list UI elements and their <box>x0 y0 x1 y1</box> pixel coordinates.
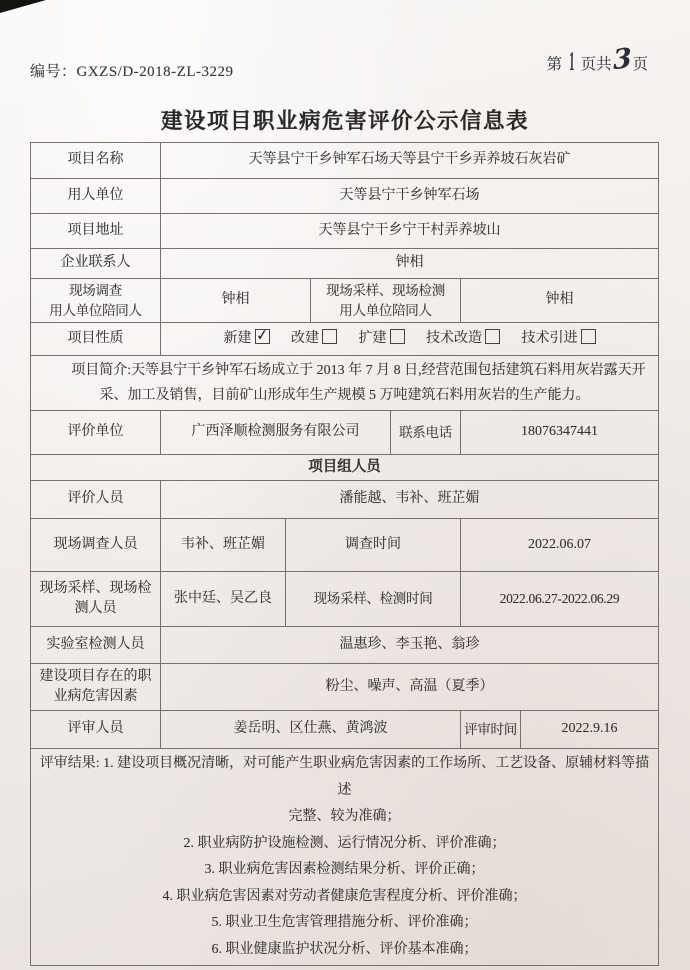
escort-value: 钟相 <box>161 279 311 323</box>
review-result-line: 4. 职业病危害因素对劳动者健康危害程度分析、评价准确； <box>36 884 653 911</box>
review-result-line: 5. 职业卫生危害管理措施分析、评价准确； <box>36 910 653 937</box>
checkbox-icon: ✓ <box>581 329 596 344</box>
checkbox-icon: ✓ <box>390 329 405 344</box>
review-time-value: 2022.9.16 <box>521 711 659 749</box>
sampling-value: 张中廷、吴乙良 <box>161 572 286 627</box>
page-prefix: 第 <box>547 52 563 74</box>
page-suffix: 页 <box>632 52 648 74</box>
sampling-escort-value: 钟相 <box>461 279 659 323</box>
sampling-time-label: 现场采样、检测时间 <box>286 572 461 627</box>
row-team-header: 项目组人员 <box>31 455 659 481</box>
review-panel-value: 姜岳明、区仕燕、黄鸿波 <box>161 711 461 749</box>
row-escort: 现场调查 用人单位陪同人 钟相 现场采样、现场检测 用人单位陪同人 钟相 <box>31 279 659 323</box>
survey-value: 韦补、班芷媚 <box>161 519 286 572</box>
phone-value: 18076347441 <box>461 411 659 455</box>
nature-option-tech-import: 技术引进✓ <box>522 331 596 346</box>
project-intro: 项目简介:天等县宁干乡钟军石场成立于 2013 年 7 月 8 日,经营范围包括… <box>31 356 659 411</box>
row-appraisers: 评价人员 潘能越、韦补、班芷媚 <box>31 481 659 519</box>
lab-label: 实验室检测人员 <box>31 627 161 664</box>
page-indicator: 第 1 页共 3 页 <box>547 50 648 76</box>
review-result-line: 评审结果: 1. 建设项目概况清晰，对可能产生职业病危害因素的工作场所、工艺设备… <box>36 751 653 804</box>
review-result-line: 2. 职业病防护设施检测、运行情况分析、评价准确； <box>36 831 653 858</box>
row-review-results: 评审结果: 1. 建设项目概况清晰，对可能产生职业病危害因素的工作场所、工艺设备… <box>31 749 659 966</box>
checkbox-icon: ✓ <box>322 329 337 344</box>
row-review-panel: 评审人员 姜岳明、区仕燕、黄鸿波 评审时间 2022.9.16 <box>31 711 659 749</box>
row-survey: 现场调查人员 韦补、班芷媚 调查时间 2022.06.07 <box>31 519 659 572</box>
scanned-page: 编号：GXZS/D-2018-ZL-3229 第 1 页共 3 页 建设项目职业… <box>0 0 690 970</box>
employer-value: 天等县宁干乡钟军石场 <box>161 179 659 214</box>
address-label: 项目地址 <box>31 214 161 249</box>
project-name-value: 天等县宁干乡钟军石场天等县宁干乡弄养坡石灰岩矿 <box>161 143 659 179</box>
nature-option-expand: 扩建✓ <box>359 331 405 346</box>
appraisers-value: 潘能越、韦补、班芷媚 <box>161 481 659 519</box>
row-sampling: 现场采样、现场检 测人员 张中廷、吴乙良 现场采样、检测时间 2022.06.2… <box>31 572 659 627</box>
check-mark-icon: ✓ <box>254 324 269 347</box>
survey-time-value: 2022.06.07 <box>461 519 659 572</box>
nature-option-new: 新建✓ <box>224 331 270 346</box>
info-table: 项目名称 天等县宁干乡钟军石场天等县宁干乡弄养坡石灰岩矿 用人单位 天等县宁干乡… <box>30 142 659 966</box>
sampling-time-value: 2022.06.27-2022.06.29 <box>461 572 659 627</box>
doc-number-label: 编号： <box>30 64 77 80</box>
hazards-value: 粉尘、噪声、高温（夏季） <box>161 664 659 711</box>
nature-option-tech-upgrade: 技术改造✓ <box>426 331 500 346</box>
employer-label: 用人单位 <box>31 179 161 214</box>
phone-label: 联系电话 <box>391 411 461 455</box>
sampling-label: 现场采样、现场检 测人员 <box>31 572 161 627</box>
row-hazards: 建设项目存在的职 业病危害因素 粉尘、噪声、高温（夏季） <box>31 664 659 711</box>
project-nature-options: 新建✓ 改建✓ 扩建✓ 技术改造✓ 技术引进✓ <box>161 323 659 356</box>
checkbox-checked-icon: ✓ <box>255 329 270 344</box>
escort-label: 现场调查 用人单位陪同人 <box>31 279 161 323</box>
survey-label: 现场调查人员 <box>31 519 161 572</box>
row-address: 项目地址 天等县宁干乡宁干村弄养坡山 <box>31 214 659 249</box>
row-evaluator: 评价单位 广西泽顺检测服务有限公司 联系电话 18076347441 <box>31 411 659 455</box>
project-intro-text: 项目简介:天等县宁干乡钟军石场成立于 2013 年 7 月 8 日,经营范围包括… <box>36 358 653 408</box>
review-result-line: 6. 职业健康监护状况分析、评价基本准确； <box>36 937 653 964</box>
row-project-intro: 项目简介:天等县宁干乡钟军石场成立于 2013 年 7 月 8 日,经营范围包括… <box>31 356 659 411</box>
page-middle: 页共 <box>581 52 612 74</box>
contact-label: 企业联系人 <box>31 249 161 279</box>
checkbox-icon: ✓ <box>485 329 500 344</box>
review-time-label: 评审时间 <box>461 711 521 749</box>
address-value: 天等县宁干乡宁干村弄养坡山 <box>161 214 659 249</box>
evaluator-value: 广西泽顺检测服务有限公司 <box>161 411 391 455</box>
row-contact: 企业联系人 钟相 <box>31 249 659 279</box>
project-name-label: 项目名称 <box>31 143 161 179</box>
survey-time-label: 调查时间 <box>286 519 461 572</box>
nature-option-rebuild: 改建✓ <box>291 331 337 346</box>
appraisers-label: 评价人员 <box>31 481 161 519</box>
team-section-header: 项目组人员 <box>31 455 659 481</box>
contact-value: 钟相 <box>161 249 659 279</box>
row-project-nature: 项目性质 新建✓ 改建✓ 扩建✓ 技术改造✓ 技术引进✓ <box>31 323 659 356</box>
hazards-label: 建设项目存在的职 业病危害因素 <box>31 664 161 711</box>
sampling-escort-label: 现场采样、现场检测 用人单位陪同人 <box>311 279 461 323</box>
review-result-line: 完整、较为准确； <box>36 804 653 831</box>
scan-corner-artifact <box>0 0 46 13</box>
row-lab: 实验室检测人员 温惠珍、李玉艳、翁珍 <box>31 627 659 664</box>
doc-number: 编号：GXZS/D-2018-ZL-3229 <box>30 60 234 81</box>
review-results: 评审结果: 1. 建设项目概况清晰，对可能产生职业病危害因素的工作场所、工艺设备… <box>31 749 659 966</box>
project-nature-label: 项目性质 <box>31 323 161 356</box>
doc-number-value: GXZS/D-2018-ZL-3229 <box>77 64 234 80</box>
form-title: 建设项目职业病危害评价公示信息表 <box>0 104 690 135</box>
review-result-line: 3. 职业病危害因素检测结果分析、评价正确； <box>36 857 653 884</box>
row-project-name: 项目名称 天等县宁干乡钟军石场天等县宁干乡弄养坡石灰岩矿 <box>31 143 659 179</box>
review-panel-label: 评审人员 <box>31 711 161 749</box>
lab-value: 温惠珍、李玉艳、翁珍 <box>161 627 659 664</box>
row-employer: 用人单位 天等县宁干乡钟军石场 <box>31 179 659 214</box>
evaluator-label: 评价单位 <box>31 411 161 455</box>
handwritten-total-pages: 3 <box>612 49 631 71</box>
handwritten-page-number: 1 <box>569 51 574 71</box>
